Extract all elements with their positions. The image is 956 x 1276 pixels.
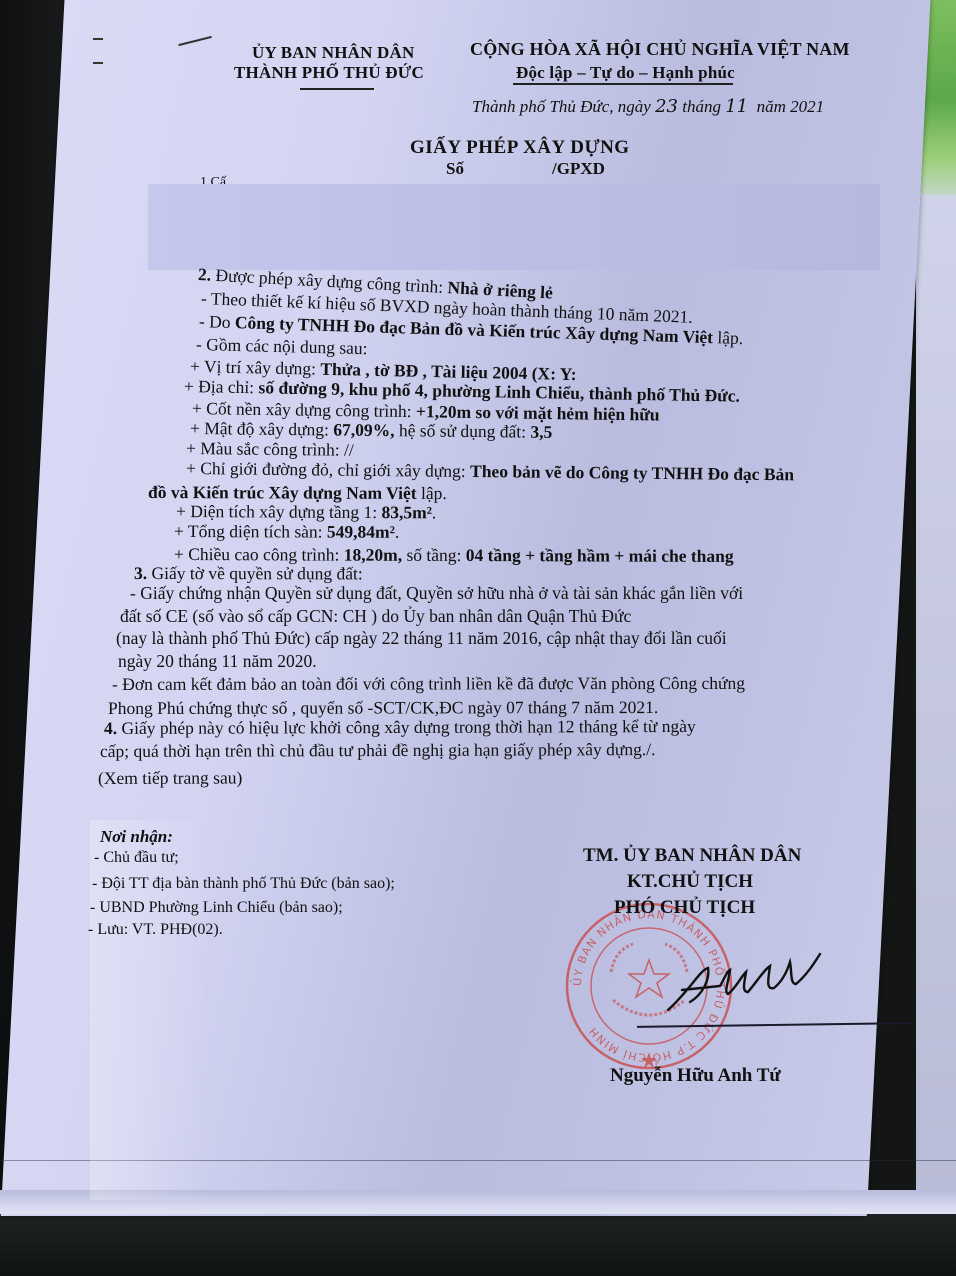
permit-body-line: + Chỉ giới đường đỏ, chỉ giới xây dựng: …	[186, 460, 794, 484]
text-segment: Theo bản vẽ do Công ty TNHH Đo đạc Bản	[470, 461, 794, 484]
permit-body-line: đồ và Kiến trúc Xây dựng Nam Việt lập.	[148, 484, 447, 503]
text-segment: .	[395, 522, 399, 542]
redacted-region	[148, 184, 880, 270]
text-segment: cấp; quá thời hạn trên thì chủ đầu tư ph…	[100, 739, 656, 761]
text-segment: 3.	[134, 563, 147, 583]
text-segment: (nay là thành phố Thủ Đức) cấp ngày 22 t…	[116, 628, 727, 648]
nation-motto: Độc lập – Tự do – Hạnh phúc	[516, 64, 735, 81]
motto-underline	[513, 83, 733, 85]
text-segment: (Xem tiếp trang sau)	[98, 767, 242, 788]
text-segment: 4.	[104, 718, 117, 738]
issuer-line1: ỦY BAN NHÂN DÂN	[252, 44, 414, 61]
document-content: ỦY BAN NHÂN DÂN THÀNH PHỐ THỦ ĐỨC CỘNG H…	[0, 0, 956, 1276]
permit-body-line: đất số CE (số vào sổ cấp GCN: CH ) do Ủy…	[120, 608, 631, 626]
text-segment: + Mật độ xây dựng:	[190, 418, 334, 439]
issuer-underline	[300, 88, 374, 90]
permit-body-line: ngày 20 tháng 11 năm 2020.	[118, 653, 317, 671]
text-segment: + Tổng diện tích sàn:	[174, 521, 327, 542]
nation-line1: CỘNG HÒA XÃ HỘI CHỦ NGHĨA VIỆT NAM	[470, 40, 850, 58]
permit-number-prefix: Số	[446, 160, 464, 177]
text-segment: - Đơn cam kết đảm bảo an toàn đối với cô…	[112, 673, 745, 694]
permit-body-line: + Diện tích xây dựng tầng 1: 83,5m².	[176, 503, 436, 522]
text-segment: đất số CE (số vào sổ cấp GCN: CH ) do Ủy…	[120, 606, 631, 626]
recipient-item: - Chủ đầu tư;	[94, 850, 179, 866]
permit-body-line: - Giấy chứng nhận Quyền sử dụng đất, Quy…	[130, 585, 743, 603]
permit-body-line: (Xem tiếp trang sau)	[98, 769, 242, 787]
text-segment: 04 tầng + tầng hầm + mái che thang	[466, 545, 734, 566]
issuer-line2: THÀNH PHỐ THỦ ĐỨC	[234, 64, 424, 81]
text-segment: 549,84m²	[327, 522, 395, 542]
text-segment: + Chỉ giới đường đỏ, chỉ giới xây dựng:	[186, 458, 470, 481]
text-segment: ngày 20 tháng 11 năm 2020.	[118, 651, 317, 671]
handwritten-signature	[660, 950, 840, 1020]
text-segment: 67,09%,	[333, 420, 394, 441]
text-segment: + Chiều cao công trình:	[174, 544, 344, 565]
permit-body-line: Phong Phú chứng thực số , quyển số -SCT/…	[108, 699, 658, 717]
staple-mark	[93, 62, 103, 64]
signature-line3: PHÓ CHỦ TỊCH	[614, 898, 755, 917]
date-line: Thành phố Thủ Đức, ngày 23 tháng 11 năm …	[472, 98, 824, 116]
text-segment: - Do	[199, 311, 236, 332]
permit-body-line: - Gồm các nội dung sau:	[196, 336, 368, 358]
recipients-heading: Nơi nhận:	[100, 828, 173, 845]
text-segment: + Diện tích xây dựng tầng 1:	[176, 501, 382, 522]
permit-body-line: + Màu sắc công trình: //	[186, 440, 354, 459]
text-segment: số tầng:	[402, 545, 466, 565]
text-segment: lập.	[417, 483, 447, 503]
permit-body-line: 3. Giấy tờ về quyền sử dụng đất:	[134, 565, 363, 583]
permit-body-line: - Đơn cam kết đảm bảo an toàn đối với cô…	[112, 675, 745, 694]
text-segment: hệ số sử dụng đất:	[394, 420, 530, 441]
date-month-handwritten: 11	[725, 96, 748, 117]
text-segment: + Địa chỉ:	[184, 376, 259, 397]
signer-name: Nguyễn Hữu Anh Tứ	[610, 1066, 781, 1085]
text-segment: đồ và Kiến trúc Xây dựng Nam Việt	[148, 482, 417, 503]
text-segment: + Màu sắc công trình: //	[186, 438, 354, 460]
date-day-handwritten: 23	[655, 96, 678, 117]
permit-body-line: (nay là thành phố Thủ Đức) cấp ngày 22 t…	[116, 630, 727, 648]
date-prefix: Thành phố Thủ Đức, ngày	[472, 97, 651, 116]
recipient-item: - Lưu: VT. PHĐ(02).	[88, 922, 223, 938]
text-segment: Giấy phép này có hiệu lực khởi công xây …	[117, 716, 696, 738]
text-segment: Phong Phú chứng thực số , quyển số -SCT/…	[108, 697, 658, 718]
text-segment: - Giấy chứng nhận Quyền sử dụng đất, Quy…	[130, 583, 743, 603]
text-segment: .	[432, 502, 436, 522]
permit-body-line: cấp; quá thời hạn trên thì chủ đầu tư ph…	[100, 741, 656, 760]
permit-body-line: 4. Giấy phép này có hiệu lực khởi công x…	[104, 718, 696, 738]
text-segment: lập.	[713, 327, 744, 348]
text-segment: + Vị trí xây dựng:	[190, 356, 321, 379]
staple-mark	[93, 38, 103, 40]
text-segment: 83,5m²	[381, 502, 432, 522]
text-segment: 2.	[198, 264, 212, 285]
document-title: GIẤY PHÉP XÂY DỰNG	[410, 138, 630, 157]
text-segment: 3,5	[530, 422, 552, 442]
recipient-item: - Đội TT địa bàn thành phố Thủ Đức (bản …	[92, 876, 395, 892]
text-segment: 18,20m,	[344, 545, 402, 565]
permit-number-suffix: /GPXD	[552, 160, 605, 177]
signature-line2: KT.CHỦ TỊCH	[627, 872, 753, 891]
signature-line1: TM. ỦY BAN NHÂN DÂN	[583, 846, 801, 865]
text-segment: Giấy tờ về quyền sử dụng đất:	[147, 563, 363, 583]
permit-body-line: + Tổng diện tích sàn: 549,84m².	[174, 523, 399, 541]
recipient-item: - UBND Phường Linh Chiểu (bản sao);	[90, 900, 343, 916]
date-month-label: tháng	[682, 97, 721, 116]
date-year: năm 2021	[757, 97, 825, 116]
text-segment: - Gồm các nội dung sau:	[196, 334, 368, 358]
staple-mark	[178, 36, 211, 46]
